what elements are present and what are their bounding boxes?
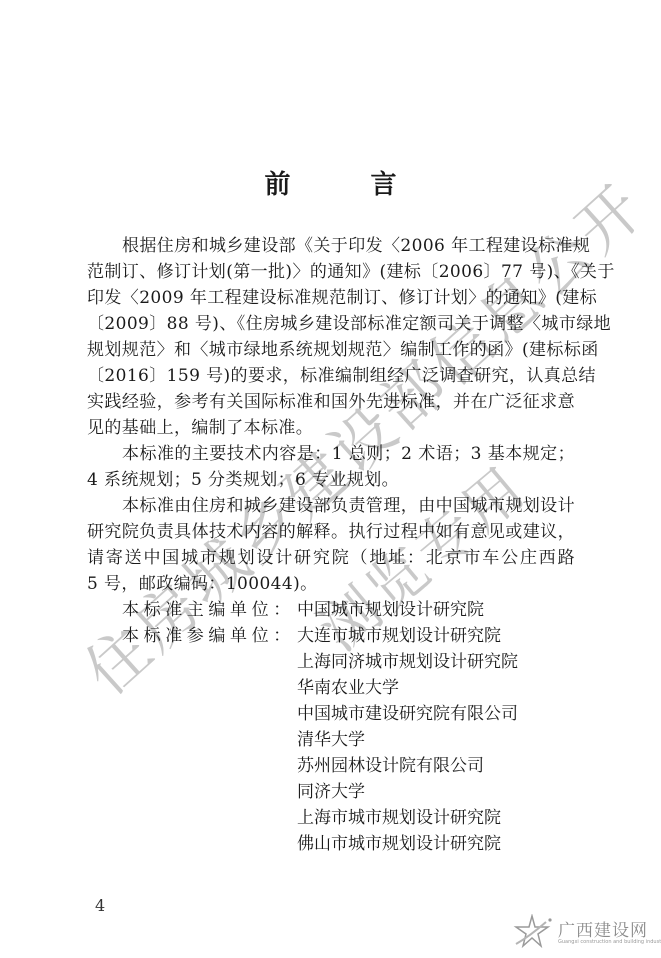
title-char-1: 前 [264, 164, 290, 201]
page-number: 4 [95, 896, 105, 915]
participating-unit: 佛山市城市规划设计研究院 [297, 831, 501, 857]
paragraph-management: 本标准由住房和城乡建设部负责管理，由中国城市规划设计 研究院负责具体技术内容的解… [87, 493, 575, 597]
participating-row: 华南农业大学 [87, 675, 575, 701]
text-line: 4 系统规划；5 分类规划；6 专业规划。 [87, 467, 575, 493]
site-logo: 广西建设网 Guangxi construction and building … [512, 912, 657, 952]
participating-unit: 大连市城市规划设计研究院 [297, 623, 501, 649]
text-line: 本标准由住房和城乡建设部负责管理，由中国城市规划设计 [87, 493, 575, 519]
participating-unit: 苏州园林设计院有限公司 [297, 753, 484, 779]
logo-subtitle: Guangxi construction and building indust… [558, 939, 661, 945]
participating-unit: 上海市城市规划设计研究院 [297, 805, 501, 831]
participating-row: 佛山市城市规划设计研究院 [87, 831, 575, 857]
participating-unit: 中国城市建设研究院有限公司 [297, 701, 518, 727]
text-line: 〔2016〕159 号)的要求，标准编制组经广泛调查研究，认真总结 [87, 363, 575, 389]
page-title: 前言 [0, 164, 661, 201]
participating-unit: 上海同济城市规划设计研究院 [297, 649, 518, 675]
text-line: 见的基础上，编制了本标准。 [87, 415, 575, 441]
text-line: 请寄送中国城市规划设计研究院（地址：北京市车公庄西路 [87, 545, 575, 571]
participating-row: 上海市城市规划设计研究院 [87, 805, 575, 831]
text-line: 规划规范〉和〈城市绿地系统规划规范〉编制工作的函》(建标标函 [87, 337, 575, 363]
text-line: 根据住房和城乡建设部《关于印发〈2006 年工程建设标准规 [87, 233, 575, 259]
participating-row: 中国城市建设研究院有限公司 [87, 701, 575, 727]
participating-row: 苏州园林设计院有限公司 [87, 753, 575, 779]
participating-row: 上海同济城市规划设计研究院 [87, 649, 575, 675]
chief-editor-row: 本标准主编单位： 中国城市规划设计研究院 [87, 597, 575, 623]
chief-editor-unit: 中国城市规划设计研究院 [297, 597, 484, 623]
participating-unit: 华南农业大学 [297, 675, 399, 701]
text-line: 实践经验，参考有关国际标准和国外先进标准，并在广泛征求意 [87, 389, 575, 415]
text-line: 本标准的主要技术内容是：1 总则；2 术语；3 基本规定； [87, 441, 575, 467]
text-line: 〔2009〕88 号)、《住房城乡建设部标准定额司关于调整〈城市绿地 [87, 311, 575, 337]
participating-unit: 清华大学 [297, 727, 365, 753]
participating-label: 本标准参编单位： [122, 623, 295, 649]
logo-name: 广西建设网 [558, 916, 648, 941]
text-line: 5 号，邮政编码：100044)。 [87, 571, 575, 597]
organizations: 本标准主编单位： 中国城市规划设计研究院 本标准参编单位： 大连市城市规划设计研… [87, 597, 575, 857]
document-page: 住房城乡建设部信息公开 浏览专用 前言 根据住房和城乡建设部《关于印发〈2006… [0, 0, 661, 958]
paragraph-contents: 本标准的主要技术内容是：1 总则；2 术语；3 基本规定； 4 系统规划；5 分… [87, 441, 575, 493]
star-logo-icon [512, 914, 552, 948]
text-line: 研究院负责具体技术内容的解释。执行过程中如有意见或建议， [87, 519, 575, 545]
participating-row: 同济大学 [87, 779, 575, 805]
preface-body: 根据住房和城乡建设部《关于印发〈2006 年工程建设标准规 范制订、修订计划(第… [87, 233, 575, 857]
paragraph-background: 根据住房和城乡建设部《关于印发〈2006 年工程建设标准规 范制订、修订计划(第… [87, 233, 575, 441]
text-line: 印发〈2009 年工程建设标准规范制订、修订计划〉的通知》(建标 [87, 285, 575, 311]
chief-editor-label: 本标准主编单位： [122, 597, 295, 623]
participating-row: 清华大学 [87, 727, 575, 753]
participating-unit: 同济大学 [297, 779, 365, 805]
text-line: 范制订、修订计划(第一批)〉的通知》(建标〔2006〕77 号)、《关于 [87, 259, 575, 285]
title-char-2: 言 [371, 164, 397, 201]
participating-row: 本标准参编单位： 大连市城市规划设计研究院 [87, 623, 575, 649]
